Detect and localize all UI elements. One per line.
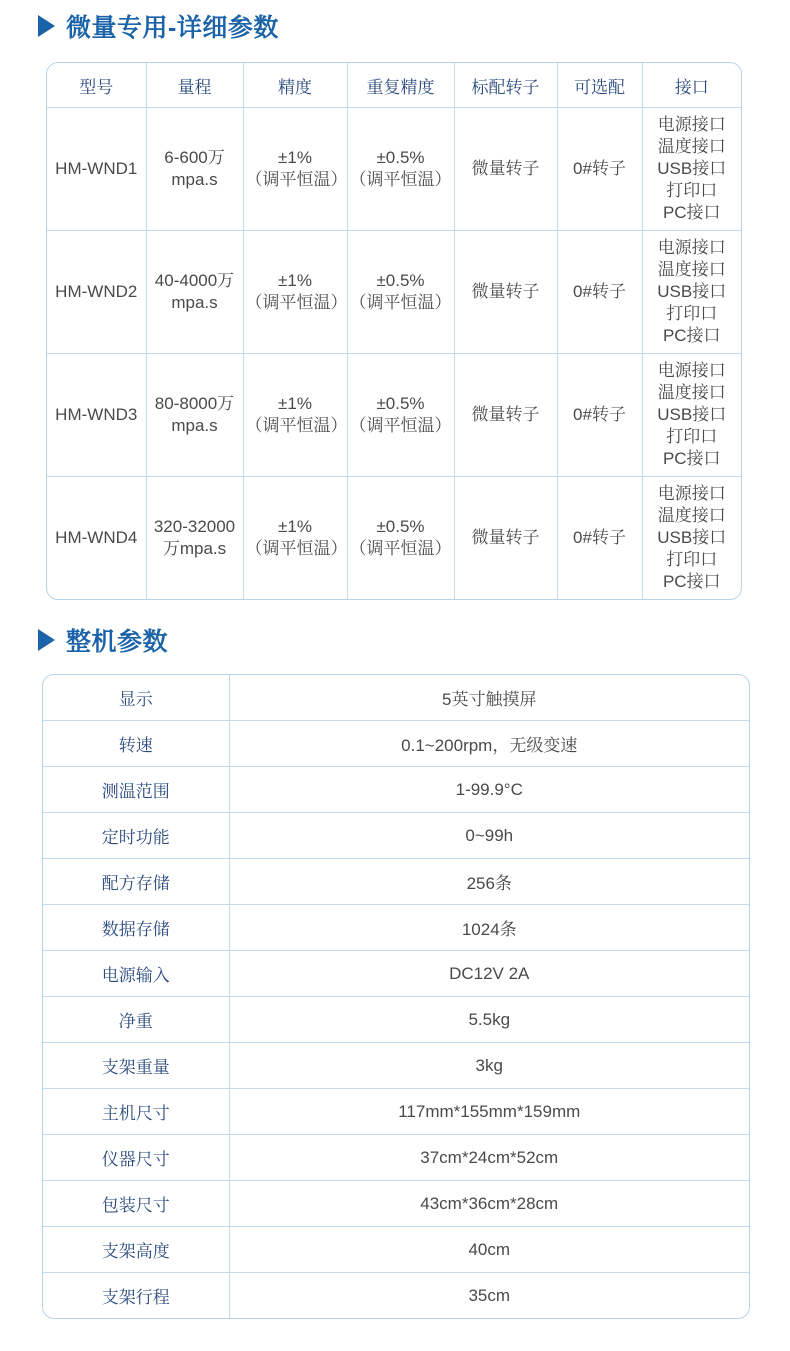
spec-page: 微量专用-详细参数 型号 量程 精度 重复精度 标配转子 可选配 接口 HM-W…	[0, 0, 790, 1351]
triangle-bullet-icon	[38, 629, 55, 651]
table-cell: 0#转子	[557, 108, 642, 231]
table-cell: 320-32000 万mpa.s	[146, 477, 243, 600]
table-cell: 微量转子	[454, 477, 557, 600]
table-cell: 电源接口 温度接口 USB接口 打印口 PC接口	[642, 477, 741, 600]
table-cell: 电源接口 温度接口 USB接口 打印口 PC接口	[642, 354, 741, 477]
column-header-range: 量程	[146, 63, 243, 108]
param-label: 支架高度	[43, 1227, 229, 1273]
param-value: 37cm*24cm*52cm	[229, 1135, 749, 1181]
column-header-interface: 接口	[642, 63, 741, 108]
param-label: 包装尺寸	[43, 1181, 229, 1227]
param-value: 43cm*36cm*28cm	[229, 1181, 749, 1227]
table-cell: 0#转子	[557, 477, 642, 600]
table-cell: 0#转子	[557, 231, 642, 354]
table-row: HM-WND240-4000万 mpa.s±1% （调平恒温）±0.5% （调平…	[47, 231, 741, 354]
table-row: HM-WND380-8000万 mpa.s±1% （调平恒温）±0.5% （调平…	[47, 354, 741, 477]
table-row: 支架重量3kg	[43, 1043, 749, 1089]
param-value: 40cm	[229, 1227, 749, 1273]
table-cell: 80-8000万 mpa.s	[146, 354, 243, 477]
table-row: HM-WND4320-32000 万mpa.s±1% （调平恒温）±0.5% （…	[47, 477, 741, 600]
detailed-table-body: HM-WND16-600万 mpa.s±1% （调平恒温）±0.5% （调平恒温…	[47, 108, 741, 600]
table-row: 显示5英寸触摸屏	[43, 675, 749, 721]
param-value: DC12V 2A	[229, 951, 749, 997]
table-cell: 微量转子	[454, 231, 557, 354]
machine-table-body: 显示5英寸触摸屏转速0.1~200rpm，无级变速测温范围1-99.9°C定时功…	[43, 675, 749, 1318]
table-row: 包装尺寸43cm*36cm*28cm	[43, 1181, 749, 1227]
table-row: 电源输入DC12V 2A	[43, 951, 749, 997]
table-cell: HM-WND4	[47, 477, 146, 600]
param-value: 35cm	[229, 1273, 749, 1319]
table-cell: ±1% （调平恒温）	[243, 231, 347, 354]
table-cell: ±1% （调平恒温）	[243, 108, 347, 231]
param-label: 净重	[43, 997, 229, 1043]
table-cell: 电源接口 温度接口 USB接口 打印口 PC接口	[642, 231, 741, 354]
param-label: 转速	[43, 721, 229, 767]
table-header-row: 型号 量程 精度 重复精度 标配转子 可选配 接口	[47, 63, 741, 108]
param-label: 定时功能	[43, 813, 229, 859]
table-cell: ±1% （调平恒温）	[243, 354, 347, 477]
table-cell: 电源接口 温度接口 USB接口 打印口 PC接口	[642, 108, 741, 231]
table-row: 数据存储1024条	[43, 905, 749, 951]
table-row: HM-WND16-600万 mpa.s±1% （调平恒温）±0.5% （调平恒温…	[47, 108, 741, 231]
table-cell: 微量转子	[454, 108, 557, 231]
table-cell: ±1% （调平恒温）	[243, 477, 347, 600]
param-label: 电源输入	[43, 951, 229, 997]
table-row: 仪器尺寸37cm*24cm*52cm	[43, 1135, 749, 1181]
param-label: 支架重量	[43, 1043, 229, 1089]
param-label: 数据存储	[43, 905, 229, 951]
table-cell: 40-4000万 mpa.s	[146, 231, 243, 354]
param-label: 配方存储	[43, 859, 229, 905]
table-cell: 6-600万 mpa.s	[146, 108, 243, 231]
param-label: 显示	[43, 675, 229, 721]
table-cell: ±0.5% （调平恒温）	[347, 231, 454, 354]
section-title-machine-params: 整机参数	[38, 622, 790, 658]
param-label: 仪器尺寸	[43, 1135, 229, 1181]
param-value: 0.1~200rpm，无级变速	[229, 721, 749, 767]
param-value: 256条	[229, 859, 749, 905]
param-label: 测温范围	[43, 767, 229, 813]
param-label: 支架行程	[43, 1273, 229, 1319]
param-value: 117mm*155mm*159mm	[229, 1089, 749, 1135]
param-value: 1024条	[229, 905, 749, 951]
column-header-precision: 精度	[243, 63, 347, 108]
param-label: 主机尺寸	[43, 1089, 229, 1135]
table-row: 净重5.5kg	[43, 997, 749, 1043]
table-cell: ±0.5% （调平恒温）	[347, 354, 454, 477]
table-row: 主机尺寸117mm*155mm*159mm	[43, 1089, 749, 1135]
table-row: 定时功能0~99h	[43, 813, 749, 859]
detailed-params-table: 型号 量程 精度 重复精度 标配转子 可选配 接口 HM-WND16-600万 …	[46, 62, 742, 600]
table-row: 配方存储256条	[43, 859, 749, 905]
param-value: 5英寸触摸屏	[229, 675, 749, 721]
table-cell: ±0.5% （调平恒温）	[347, 108, 454, 231]
section-title-detailed-params: 微量专用-详细参数	[38, 0, 790, 44]
table-row: 转速0.1~200rpm，无级变速	[43, 721, 749, 767]
table-row: 支架行程35cm	[43, 1273, 749, 1319]
param-value: 0~99h	[229, 813, 749, 859]
table-cell: HM-WND1	[47, 108, 146, 231]
triangle-bullet-icon	[38, 15, 55, 37]
table-row: 测温范围1-99.9°C	[43, 767, 749, 813]
section-title-text: 微量专用-详细参数	[66, 8, 279, 44]
column-header-model: 型号	[47, 63, 146, 108]
param-value: 5.5kg	[229, 997, 749, 1043]
table-cell: ±0.5% （调平恒温）	[347, 477, 454, 600]
param-value: 3kg	[229, 1043, 749, 1089]
column-header-optional: 可选配	[557, 63, 642, 108]
section-title-text: 整机参数	[66, 622, 168, 658]
param-value: 1-99.9°C	[229, 767, 749, 813]
table-cell: 微量转子	[454, 354, 557, 477]
table-cell: HM-WND2	[47, 231, 146, 354]
table-cell: HM-WND3	[47, 354, 146, 477]
machine-params-table: 显示5英寸触摸屏转速0.1~200rpm，无级变速测温范围1-99.9°C定时功…	[42, 674, 750, 1319]
column-header-standard-rotor: 标配转子	[454, 63, 557, 108]
column-header-repeat-precision: 重复精度	[347, 63, 454, 108]
table-row: 支架高度40cm	[43, 1227, 749, 1273]
table-cell: 0#转子	[557, 354, 642, 477]
